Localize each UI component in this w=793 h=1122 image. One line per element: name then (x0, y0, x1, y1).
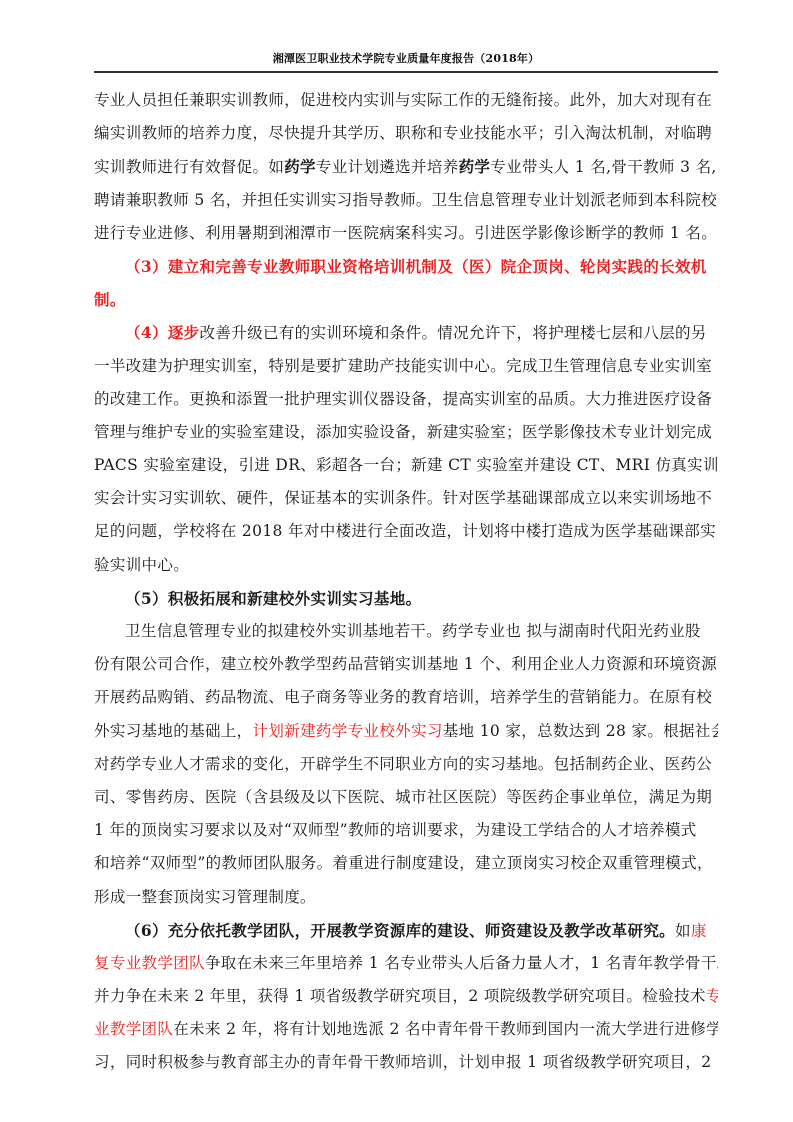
header-divider (94, 71, 718, 73)
text-line: 司、零售药房、医院（含县级及以下医院、城市社区医院）等医药企事业单位，满足为期 (94, 781, 718, 814)
text-line: 习，同时积极参与教育部主办的青年骨干教师培训，计划申报 1 项省级教学研究项目，… (94, 1046, 718, 1079)
text-run: 进行专业进修、利用暑期到湘潭市一医院病案科实习。引进医学影像诊断学的教师 1 名… (94, 224, 717, 242)
text-line: 制。 (94, 283, 718, 316)
text-run: 编实训教师的培养力度，尽快提升其学历、职称和专业技能水平；引入淘汰机制，对临聘 (94, 124, 712, 142)
text-line: 验实训中心。 (94, 549, 718, 582)
text-run: 实训教师进行有效督促。如 (94, 158, 284, 176)
text-run: 外实习基地的基础上， (94, 722, 253, 740)
text-line: 业教学团队在未来 2 年，将有计划地选派 2 名中青年骨干教师到国内一流大学进行… (94, 1013, 718, 1046)
text-run: 1 年的顶岗实习要求以及对“双师型”教师的培训要求，为建设工学结合的人才培养模式 (94, 821, 697, 839)
text-line: 复专业教学团队争取在未来三年里培养 1 名专业带头人后备力量人才，1 名青年教学… (94, 947, 718, 980)
highlight-text: 专 (706, 987, 718, 1005)
text-run: 份有限公司合作，建立校外教学型药品营销实训基地 1 个、利用企业人力资源和环境资… (94, 655, 718, 673)
text-line: 并力争在未来 2 年里，获得 1 项省级教学研究项目，2 项院级教学研究项目。检… (94, 980, 718, 1013)
text-run: 对药学专业人才需求的变化，开辟学生不同职业方向的实习基地。包括制药企业、医药公 (94, 755, 712, 773)
text-line: 的改建工作。更换和添置一批护理实训仪器设备，提高实训室的品质。大力推进医疗设备 (94, 383, 718, 416)
text-line: 份有限公司合作，建立校外教学型药品营销实训基地 1 个、利用企业人力资源和环境资… (94, 648, 718, 681)
text-run: 一半改建为护理实训室，特别是要扩建助产技能实训中心。完成卫生管理信息专业实训室 (94, 357, 712, 375)
text-line: （3）建立和完善专业教师职业资格培训机制及（医）院企顶岗、轮岗实践的长效机 (94, 250, 718, 283)
bold-text: （5）积极拓展和新建校外实训实习基地。 (125, 589, 421, 608)
bold-text: （6）充分依托教学团队，开展教学资源库的建设、师资建设及教学改革研究。 (125, 921, 675, 940)
bold-text: 药学 (284, 157, 316, 176)
text-run: 形成一整套顶岗实习管理制度。 (94, 888, 316, 906)
text-run: 聘请兼职教师 5 名，并担任实训实习指导教师。卫生信息管理专业计划派老师到本科院… (94, 191, 717, 209)
highlight-text: 计划新建药学专业校外实习 (253, 722, 443, 740)
text-run: 卫生信息管理专业的拟建校外实训基地若干。药学专业也 拟与湖南时代阳光药业股 (125, 622, 701, 640)
text-line: 进行专业进修、利用暑期到湘潭市一医院病案科实习。引进医学影像诊断学的教师 1 名… (94, 217, 718, 250)
text-run: 开展药品购销、药品物流、电子商务等业务的教育培训，培养学生的营销能力。在原有校 (94, 688, 712, 706)
text-run: 足的问题，学校将在 2018 年对中楼进行全面改造，计划将中楼打造成为医学基础课… (94, 522, 716, 540)
document-page: 湘潭医卫职业技术学院专业质量年度报告（2018年） 专业人员担任兼职实训教师，促… (0, 0, 793, 1122)
text-run: 专业带头人 1 名,骨干教师 3 名, (490, 158, 716, 176)
highlight-text: （4）逐步 (125, 323, 200, 342)
text-line: 编实训教师的培养力度，尽快提升其学历、职称和专业技能水平；引入淘汰机制，对临聘 (94, 117, 718, 150)
highlight-text: 制。 (94, 290, 126, 309)
text-line: 卫生信息管理专业的拟建校外实训基地若干。药学专业也 拟与湖南时代阳光药业股 (94, 615, 718, 648)
text-line: 开展药品购销、药品物流、电子商务等业务的教育培训，培养学生的营销能力。在原有校 (94, 681, 718, 714)
text-line: 和培养“双师型”的教师团队服务。着重进行制度建设，建立顶岗实习校企双重管理模式， (94, 847, 718, 880)
bold-text: 药学 (459, 157, 491, 176)
text-line: PACS 实验室建设，引进 DR、彩超各一台；新建 CT 实验室并建设 CT、M… (94, 449, 718, 482)
text-run: 实会计实习实训软、硬件，保证基本的实训条件。针对医学基础课部成立以来实训场地不 (94, 489, 712, 507)
text-line: （6）充分依托教学团队，开展教学资源库的建设、师资建设及教学改革研究。如康 (94, 914, 718, 947)
text-line: 聘请兼职教师 5 名，并担任实训实习指导教师。卫生信息管理专业计划派老师到本科院… (94, 184, 718, 217)
text-run: 争取在未来三年里培养 1 名专业带头人后备力量人才，1 名青年教学骨干。 (205, 954, 718, 972)
text-run: 和培养“双师型”的教师团队服务。着重进行制度建设，建立顶岗实习校企双重管理模式， (94, 854, 713, 872)
text-line: 管理与维护专业的实验室建设，添加实验设备，新建实验室；医学影像技术专业计划完成 (94, 416, 718, 449)
highlight-text: 业教学团队 (94, 1020, 173, 1038)
highlight-text: 康 (691, 922, 707, 940)
text-run: 改善升级已有的实训环境和条件。情况允许下，将护理楼七层和八层的另 (200, 324, 707, 342)
text-line: 足的问题，学校将在 2018 年对中楼进行全面改造，计划将中楼打造成为医学基础课… (94, 515, 718, 548)
text-line: （4）逐步改善升级已有的实训环境和条件。情况允许下，将护理楼七层和八层的另 (94, 316, 718, 349)
document-body: 专业人员担任兼职实训教师，促进校内实训与实际工作的无缝衔接。此外，加大对现有在编… (94, 84, 718, 1080)
text-run: 管理与维护专业的实验室建设，添加实验设备，新建实验室；医学影像技术专业计划完成 (94, 423, 712, 441)
text-run: PACS 实验室建设，引进 DR、彩超各一台；新建 CT 实验室并建设 CT、M… (94, 456, 718, 474)
running-header: 湘潭医卫职业技术学院专业质量年度报告（2018年） (94, 50, 718, 66)
text-run: 在未来 2 年，将有计划地选派 2 名中青年骨干教师到国内一流大学进行进修学 (173, 1020, 718, 1038)
text-run: 司、零售药房、医院（含县级及以下医院、城市社区医院）等医药企事业单位，满足为期 (94, 788, 712, 806)
text-line: 1 年的顶岗实习要求以及对“双师型”教师的培训要求，为建设工学结合的人才培养模式 (94, 814, 718, 847)
text-line: 实训教师进行有效督促。如药学专业计划遴选并培养药学专业带头人 1 名,骨干教师 … (94, 150, 718, 183)
text-run: 习，同时积极参与教育部主办的青年骨干教师培训，计划申报 1 项省级教学研究项目，… (94, 1053, 711, 1071)
highlight-text: （3）建立和完善专业教师职业资格培训机制及（医）院企顶岗、轮岗实践的长效机 (125, 257, 707, 276)
text-line: 实会计实习实训软、硬件，保证基本的实训条件。针对医学基础课部成立以来实训场地不 (94, 482, 718, 515)
text-line: 对药学专业人才需求的变化，开辟学生不同职业方向的实习基地。包括制药企业、医药公 (94, 748, 718, 781)
text-run: 并力争在未来 2 年里，获得 1 项省级教学研究项目，2 项院级教学研究项目。检… (94, 987, 706, 1005)
text-run: 基地 10 家，总数达到 28 家。根据社会 (443, 722, 718, 740)
text-run: 专业人员担任兼职实训教师，促进校内实训与实际工作的无缝衔接。此外，加大对现有在 (94, 91, 712, 109)
text-line: 形成一整套顶岗实习管理制度。 (94, 881, 718, 914)
text-line: 一半改建为护理实训室，特别是要扩建助产技能实训中心。完成卫生管理信息专业实训室 (94, 350, 718, 383)
text-run: 的改建工作。更换和添置一批护理实训仪器设备，提高实训室的品质。大力推进医疗设备 (94, 390, 712, 408)
text-run: 验实训中心。 (94, 556, 189, 574)
text-line: 外实习基地的基础上，计划新建药学专业校外实习基地 10 家，总数达到 28 家。… (94, 715, 718, 748)
text-line: 专业人员担任兼职实训教师，促进校内实训与实际工作的无缝衔接。此外，加大对现有在 (94, 84, 718, 117)
text-run: 专业计划遴选并培养 (316, 158, 459, 176)
text-run: 如 (675, 922, 691, 940)
text-line: （5）积极拓展和新建校外实训实习基地。 (94, 582, 718, 615)
highlight-text: 复专业教学团队 (94, 954, 205, 972)
